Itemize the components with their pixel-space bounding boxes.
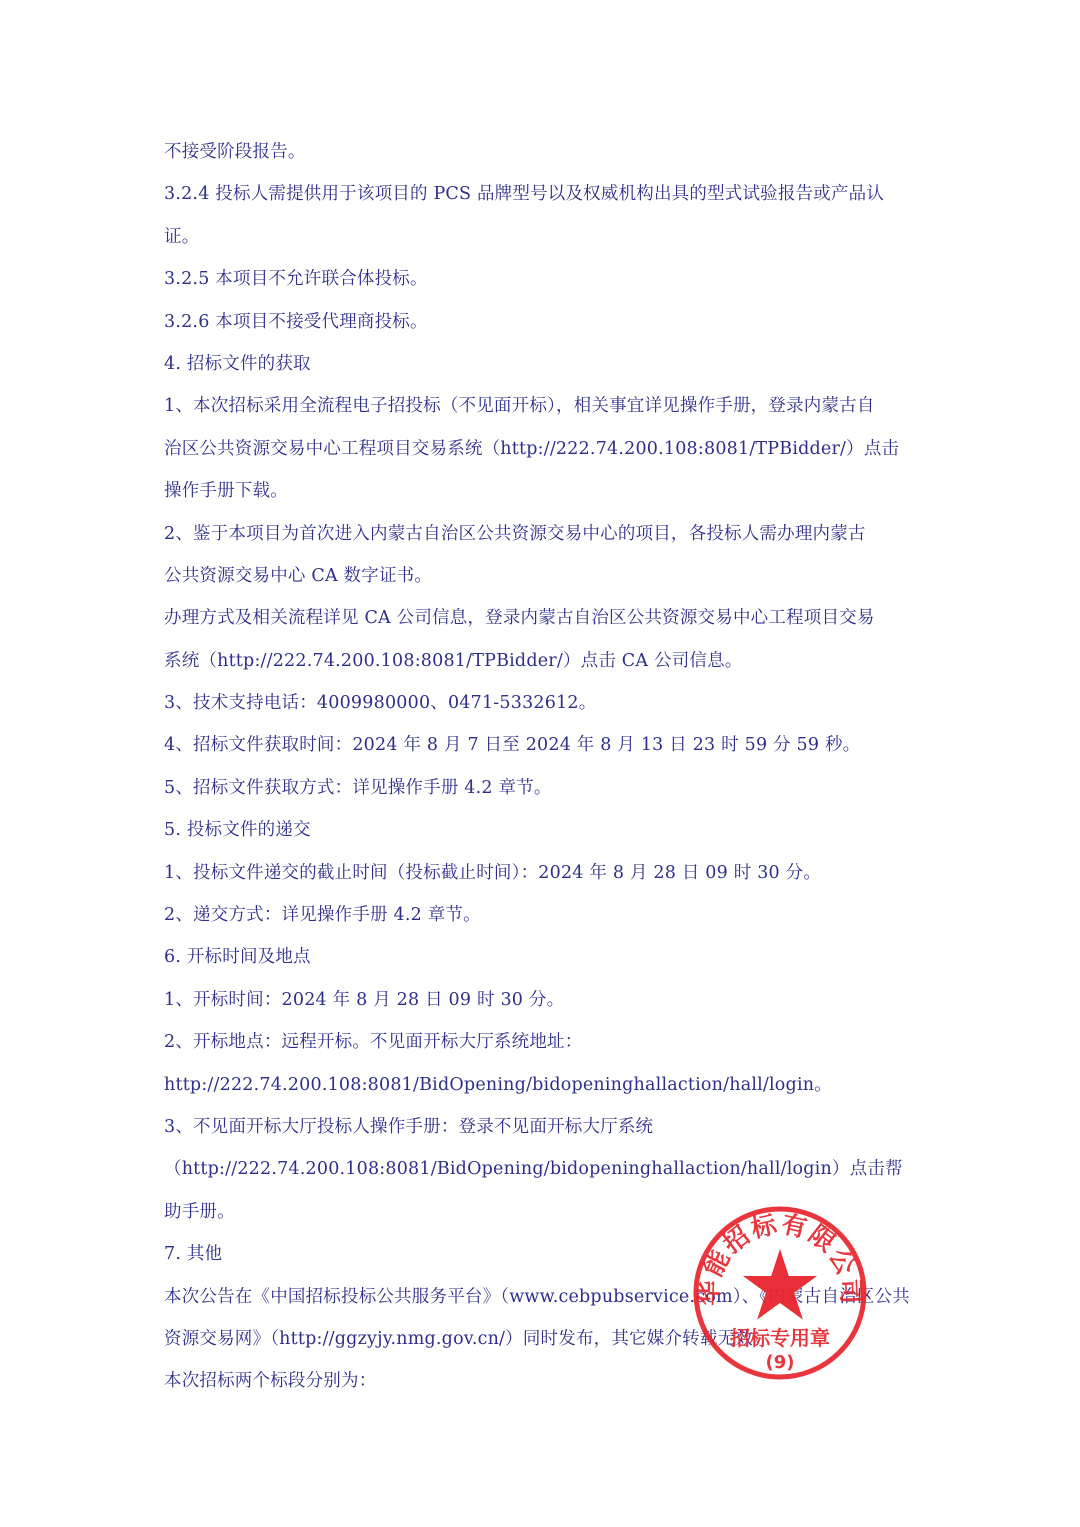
clause-3-2-4: 3.2.4 投标人需提供用于该项目的 PCS 品牌型号以及权威机构出具的型式试验…	[164, 173, 920, 215]
section-6-item-3-manual: 3、不见面开标大厅投标人操作手册：登录不见面开标大厅系统	[164, 1106, 920, 1148]
section-4-item-2-cont: 公共资源交易中心 CA 数字证书。	[164, 555, 920, 597]
section-4-ca-info: 办理方式及相关流程详见 CA 公司信息，登录内蒙古自治区公共资源交易中心工程项目…	[164, 597, 920, 639]
section-4-item-4-time: 4、招标文件获取时间：2024 年 8 月 7 日至 2024 年 8 月 13…	[164, 724, 920, 766]
section-4-item-1-cont2: 操作手册下载。	[164, 470, 920, 512]
document-body: 不接受阶段报告。 3.2.4 投标人需提供用于该项目的 PCS 品牌型号以及权威…	[164, 131, 920, 1403]
document-page: 不接受阶段报告。 3.2.4 投标人需提供用于该项目的 PCS 品牌型号以及权威…	[0, 0, 1080, 1527]
section-6-item-1-time: 1、开标时间：2024 年 8 月 28 日 09 时 30 分。	[164, 979, 920, 1021]
section-5-item-1-deadline: 1、投标文件递交的截止时间（投标截止时间）：2024 年 8 月 28 日 09…	[164, 852, 920, 894]
section-7-heading: 7. 其他	[164, 1233, 920, 1275]
section-5-heading: 5. 投标文件的递交	[164, 809, 920, 851]
clause-3-2-4-cont: 证。	[164, 216, 920, 258]
section-7-publication-cont: 资源交易网》（http://ggzyjy.nmg.gov.cn/）同时发布，其它…	[164, 1318, 920, 1360]
section-4-item-1-cont: 治区公共资源交易中心工程项目交易系统（http://222.74.200.108…	[164, 428, 920, 470]
section-4-ca-info-cont: 系统（http://222.74.200.108:8081/TPBidder/）…	[164, 640, 920, 682]
section-4-item-1: 1、本次招标采用全流程电子招投标（不见面开标），相关事宜详见操作手册，登录内蒙古…	[164, 385, 920, 427]
section-6-item-2-url: http://222.74.200.108:8081/BidOpening/bi…	[164, 1064, 920, 1106]
section-6-heading: 6. 开标时间及地点	[164, 936, 920, 978]
section-6-item-2-location: 2、开标地点：远程开标。不见面开标大厅系统地址：	[164, 1021, 920, 1063]
section-4-heading: 4. 招标文件的获取	[164, 343, 920, 385]
section-7-lots-intro: 本次招标两个标段分别为：	[164, 1360, 920, 1402]
section-4-item-5-method: 5、招标文件获取方式：详见操作手册 4.2 章节。	[164, 767, 920, 809]
section-5-item-2-method: 2、递交方式：详见操作手册 4.2 章节。	[164, 894, 920, 936]
text-line-1: 不接受阶段报告。	[164, 131, 920, 173]
clause-3-2-6: 3.2.6 本项目不接受代理商投标。	[164, 301, 920, 343]
section-7-publication: 本次公告在《中国招标投标公共服务平台》（www.cebpubservice.co…	[164, 1276, 920, 1318]
section-6-item-3-cont: 助手册。	[164, 1191, 920, 1233]
section-6-item-3-url: （http://222.74.200.108:8081/BidOpening/b…	[164, 1148, 920, 1190]
clause-3-2-5: 3.2.5 本项目不允许联合体投标。	[164, 258, 920, 300]
section-4-item-3-phone: 3、技术支持电话：4009980000、0471-5332612。	[164, 682, 920, 724]
section-4-item-2: 2、鉴于本项目为首次进入内蒙古自治区公共资源交易中心的项目，各投标人需办理内蒙古	[164, 513, 920, 555]
